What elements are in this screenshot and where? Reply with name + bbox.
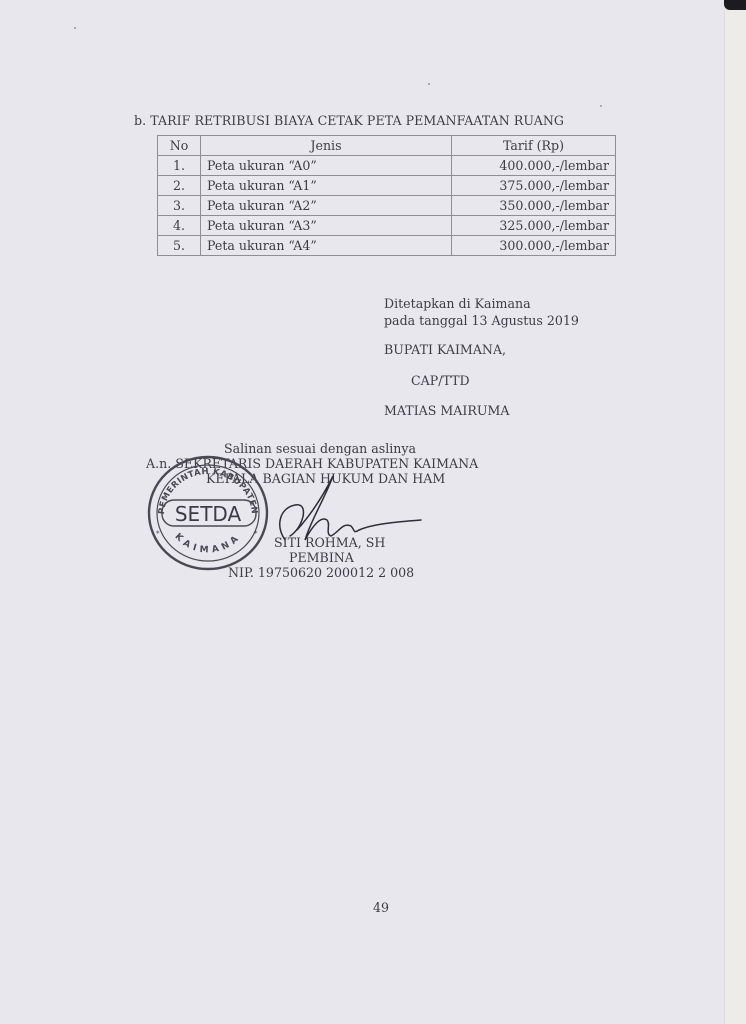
row-no: 4. (158, 216, 201, 236)
scan-speck (74, 27, 76, 29)
row-jenis: Peta ukuran “A0” (201, 156, 452, 176)
table-row: 1. Peta ukuran “A0” 400.000,-/lembar (158, 156, 616, 176)
row-no: 3. (158, 196, 201, 216)
scan-speck (600, 105, 602, 107)
row-jenis: Peta ukuran “A1” (201, 176, 452, 196)
enactment-date: pada tanggal 13 Agustus 2019 (384, 313, 579, 328)
row-tarif: 400.000,-/lembar (452, 156, 616, 176)
row-tarif: 350.000,-/lembar (452, 196, 616, 216)
official-name: MATIAS MAIRUMA (384, 403, 509, 418)
page-edge (724, 10, 746, 1024)
svg-text:*: * (156, 530, 160, 538)
official-stamp-icon: PEMERINTAH KABUPATEN KAIMANA SETDA * * (146, 454, 270, 572)
header-jenis: Jenis (201, 136, 452, 156)
table-row: 5. Peta ukuran “A4” 300.000,-/lembar (158, 236, 616, 256)
table-header-row: No Jenis Tarif (Rp) (158, 136, 616, 156)
page-number: 49 (373, 900, 389, 915)
seal-note: CAP/TTD (411, 373, 470, 388)
tariff-table: No Jenis Tarif (Rp) 1. Peta ukuran “A0” … (157, 135, 616, 256)
official-title: BUPATI KAIMANA, (384, 342, 506, 357)
header-tarif: Tarif (Rp) (452, 136, 616, 156)
scan-speck (428, 83, 430, 85)
table-row: 4. Peta ukuran “A3” 325.000,-/lembar (158, 216, 616, 236)
row-no: 1. (158, 156, 201, 176)
header-no: No (158, 136, 201, 156)
section-title: b. TARIF RETRIBUSI BIAYA CETAK PETA PEMA… (134, 113, 564, 128)
table-row: 3. Peta ukuran “A2” 350.000,-/lembar (158, 196, 616, 216)
row-jenis: Peta ukuran “A3” (201, 216, 452, 236)
row-tarif: 375.000,-/lembar (452, 176, 616, 196)
row-no: 2. (158, 176, 201, 196)
scan-corner (724, 0, 746, 10)
signature-icon (255, 470, 425, 560)
row-no: 5. (158, 236, 201, 256)
table-row: 2. Peta ukuran “A1” 375.000,-/lembar (158, 176, 616, 196)
row-tarif: 325.000,-/lembar (452, 216, 616, 236)
row-jenis: Peta ukuran “A4” (201, 236, 452, 256)
row-tarif: 300.000,-/lembar (452, 236, 616, 256)
enactment-place: Ditetapkan di Kaimana (384, 296, 531, 311)
svg-text:KAIMANA: KAIMANA (173, 532, 244, 556)
row-jenis: Peta ukuran “A2” (201, 196, 452, 216)
svg-text:SETDA: SETDA (175, 502, 242, 526)
